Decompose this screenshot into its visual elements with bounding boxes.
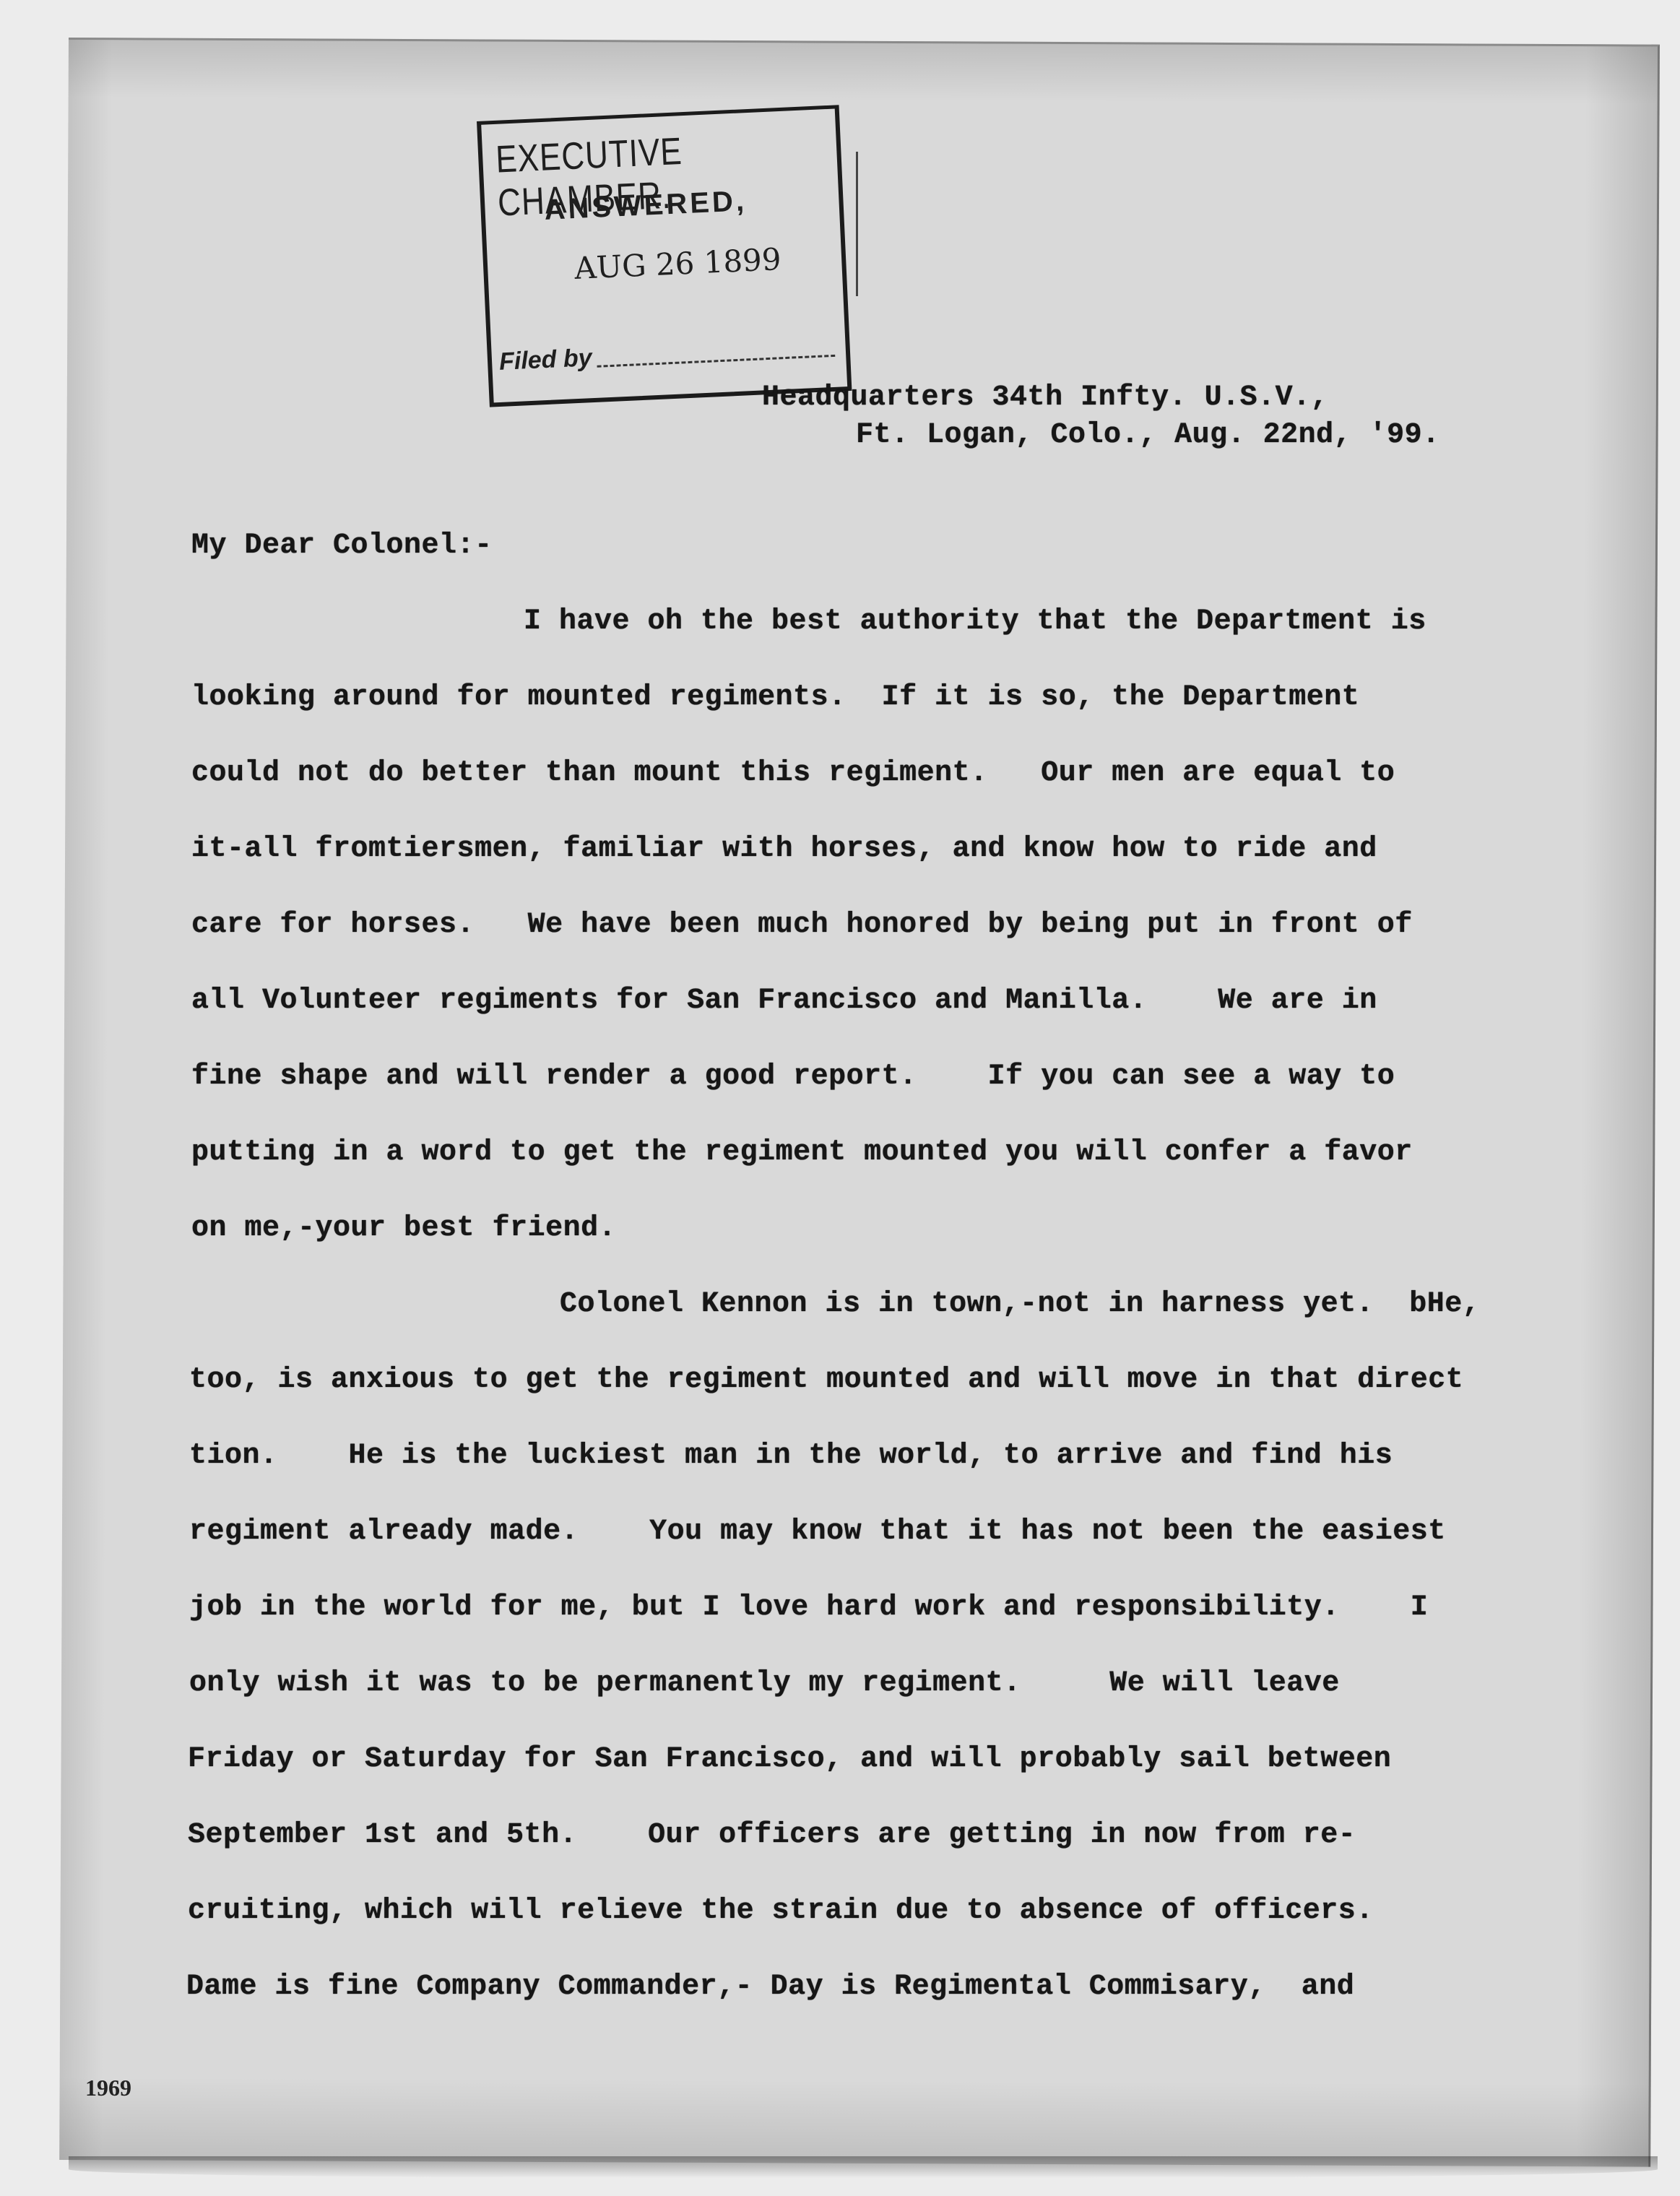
letter-line: Friday or Saturday for San Francisco, an… xyxy=(188,1743,1391,1776)
letter-line: Dame is fine Company Commander,- Day is … xyxy=(186,1971,1354,2003)
letter-line: only wish it was to be permanently my re… xyxy=(189,1667,1340,1700)
letter-line: could not do better than mount this regi… xyxy=(191,757,1395,790)
letter-line: regiment already made. You may know that… xyxy=(189,1516,1446,1548)
letter-salutation: My Dear Colonel:- xyxy=(191,529,493,562)
executive-chamber-stamp: EXECUTIVE CHAMBER. ANSWERED, AUG 26 1899… xyxy=(477,105,852,407)
letter-line: looking around for mounted regiments. If… xyxy=(191,681,1359,714)
letter-line: all Volunteer regiments for San Francisc… xyxy=(191,985,1377,1017)
page-number: 1969 xyxy=(85,2075,131,2101)
letter-line: putting in a word to get the regiment mo… xyxy=(191,1136,1413,1169)
letter-line: September 1st and 5th. Our officers are … xyxy=(188,1819,1356,1851)
stamp-filed-by-label: Filed by xyxy=(498,344,592,376)
letter-line: it-all fromtiersmen, familiar with horse… xyxy=(191,833,1377,865)
margin-mark xyxy=(856,152,858,296)
sheet-edge-shadow xyxy=(69,2156,1658,2178)
letter-line: too, is anxious to get the regiment moun… xyxy=(189,1364,1463,1396)
stamp-filed-by-line xyxy=(597,355,835,368)
stamp-date: AUG 26 1899 xyxy=(573,241,781,286)
letter-heading-line2: Ft. Logan, Colo., Aug. 22nd, '99. xyxy=(856,419,1440,451)
letter-line: tion. He is the luckiest man in the worl… xyxy=(189,1440,1393,1472)
letter-heading-line1: Headquarters 34th Infty. U.S.V., xyxy=(762,381,1328,414)
letter-line: I have oh the best authority that the De… xyxy=(524,605,1426,638)
letter-line: Colonel Kennon is in town,-not in harnes… xyxy=(560,1288,1480,1320)
letter-line: job in the world for me, but I love hard… xyxy=(189,1591,1428,1624)
letter-line: on me,-your best friend. xyxy=(191,1212,616,1245)
letter-line: cruiting, which will relieve the strain … xyxy=(188,1895,1374,1927)
letter-line: care for horses. We have been much honor… xyxy=(191,909,1413,941)
letter-line: fine shape and will render a good report… xyxy=(191,1060,1395,1093)
